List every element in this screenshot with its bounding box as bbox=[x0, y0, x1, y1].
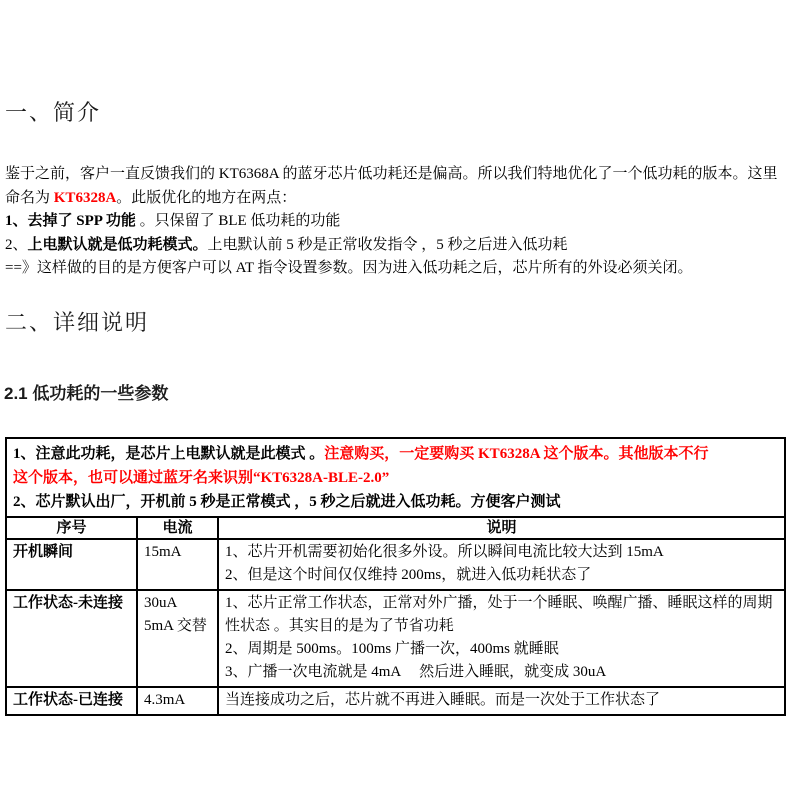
feature-2-bold: 上电默认就是低功耗模式。 bbox=[28, 237, 208, 253]
row-label: 工作状态-未连接 bbox=[6, 590, 137, 687]
feature-2-prefix: 2、 bbox=[5, 237, 28, 253]
notice-line-2-red: 这个版本，也可以通过蓝牙名来识别“KT6328A-BLE-2.0” bbox=[13, 466, 778, 490]
row-desc: 当连接成功之后，芯片就不再进入睡眠。而是一次处于工作状态了 bbox=[218, 687, 785, 715]
feature-1-bold: 1、去掉了 SPP 功能 bbox=[5, 213, 136, 229]
notice-line-1: 1、注意此功耗，是芯片上电默认就是此模式 。注意购买，一定要购买 KT6328A… bbox=[13, 442, 778, 466]
table-row: 工作状态-已连接 4.3mA 当连接成功之后，芯片就不再进入睡眠。而是一次处于工… bbox=[6, 687, 785, 715]
subsection-title-params: 2.1 低功耗的一些参数 bbox=[4, 379, 168, 404]
notice-line-3-black: 2、芯片默认出厂，开机前 5 秒是正常模式 ，5 秒之后就进入低功耗。方便客户测… bbox=[13, 490, 778, 514]
notice-line-1-red: 注意购买，一定要购买 KT6328A 这个版本。其他版本不行 bbox=[324, 446, 708, 462]
chip-name-red: KT6328A bbox=[54, 190, 117, 206]
current-line: 5mA 交替 bbox=[144, 615, 211, 638]
desc-line: 2、周期是 500ms。100ms 广播一次，400ms 就睡眠 bbox=[225, 638, 778, 661]
row-label: 工作状态-已连接 bbox=[6, 687, 137, 715]
feature-1-rest: 。只保留了 BLE 低功耗的功能 bbox=[136, 213, 341, 229]
feature-2-rest: 上电默认前 5 秒是正常收发指令 ，5 秒之后进入低功耗 bbox=[208, 237, 568, 253]
intro-paragraph-block: 鉴于之前，客户一直反馈我们的 KT6368A 的蓝牙芯片低功耗还是偏高。所以我们… bbox=[5, 163, 786, 281]
current-line: 30uA bbox=[144, 592, 211, 615]
row-desc: 1、芯片开机需要初始化很多外设。所以瞬间电流比较大达到 15mA 2、但是这个时… bbox=[218, 539, 785, 590]
section-title-detail: 二、详细说明 bbox=[5, 306, 149, 337]
section-title-intro: 一、简介 bbox=[5, 96, 101, 127]
notice-line-1-black: 1、注意此功耗，是芯片上电默认就是此模式 。 bbox=[13, 446, 324, 462]
row-label: 开机瞬间 bbox=[6, 539, 137, 590]
intro-text-2: 。此版优化的地方在两点： bbox=[116, 190, 296, 206]
notice-row: 1、注意此功耗，是芯片上电默认就是此模式 。注意购买，一定要购买 KT6328A… bbox=[6, 438, 785, 517]
row-current: 30uA 5mA 交替 bbox=[137, 590, 218, 687]
desc-line: 1、芯片开机需要初始化很多外设。所以瞬间电流比较大达到 15mA bbox=[225, 541, 778, 564]
header-seq: 序号 bbox=[6, 517, 137, 539]
row-current: 15mA bbox=[137, 539, 218, 590]
intro-paragraph: 鉴于之前，客户一直反馈我们的 KT6368A 的蓝牙芯片低功耗还是偏高。所以我们… bbox=[5, 163, 786, 210]
desc-line: 2、但是这个时间仅仅维持 200ms，就进入低功耗状态了 bbox=[225, 564, 778, 587]
header-current: 电流 bbox=[137, 517, 218, 539]
header-desc: 说明 bbox=[218, 517, 785, 539]
feature-note: ==》这样做的目的是方便客户可以 AT 指令设置参数。因为进入低功耗之后，芯片所… bbox=[5, 257, 786, 281]
row-desc: 1、芯片正常工作状态，正常对外广播，处于一个睡眠、唤醒广播、睡眠这样的周期性状态… bbox=[218, 590, 785, 687]
table-row: 开机瞬间 15mA 1、芯片开机需要初始化很多外设。所以瞬间电流比较大达到 15… bbox=[6, 539, 785, 590]
desc-line: 3、广播一次电流就是 4mA 然后进入睡眠，就变成 30uA bbox=[225, 661, 778, 684]
feature-item-2: 2、上电默认就是低功耗模式。上电默认前 5 秒是正常收发指令 ，5 秒之后进入低… bbox=[5, 234, 786, 258]
table-header-row: 序号 电流 说明 bbox=[6, 517, 785, 539]
notice-cell: 1、注意此功耗，是芯片上电默认就是此模式 。注意购买，一定要购买 KT6328A… bbox=[6, 438, 785, 517]
params-table: 1、注意此功耗，是芯片上电默认就是此模式 。注意购买，一定要购买 KT6328A… bbox=[5, 437, 786, 716]
table-row: 工作状态-未连接 30uA 5mA 交替 1、芯片正常工作状态，正常对外广播，处… bbox=[6, 590, 785, 687]
document-page: 一、简介 鉴于之前，客户一直反馈我们的 KT6368A 的蓝牙芯片低功耗还是偏高… bbox=[0, 0, 800, 800]
feature-item-1: 1、去掉了 SPP 功能 。只保留了 BLE 低功耗的功能 bbox=[5, 210, 786, 234]
row-current: 4.3mA bbox=[137, 687, 218, 715]
desc-line: 1、芯片正常工作状态，正常对外广播，处于一个睡眠、唤醒广播、睡眠这样的周期性状态… bbox=[225, 592, 778, 638]
